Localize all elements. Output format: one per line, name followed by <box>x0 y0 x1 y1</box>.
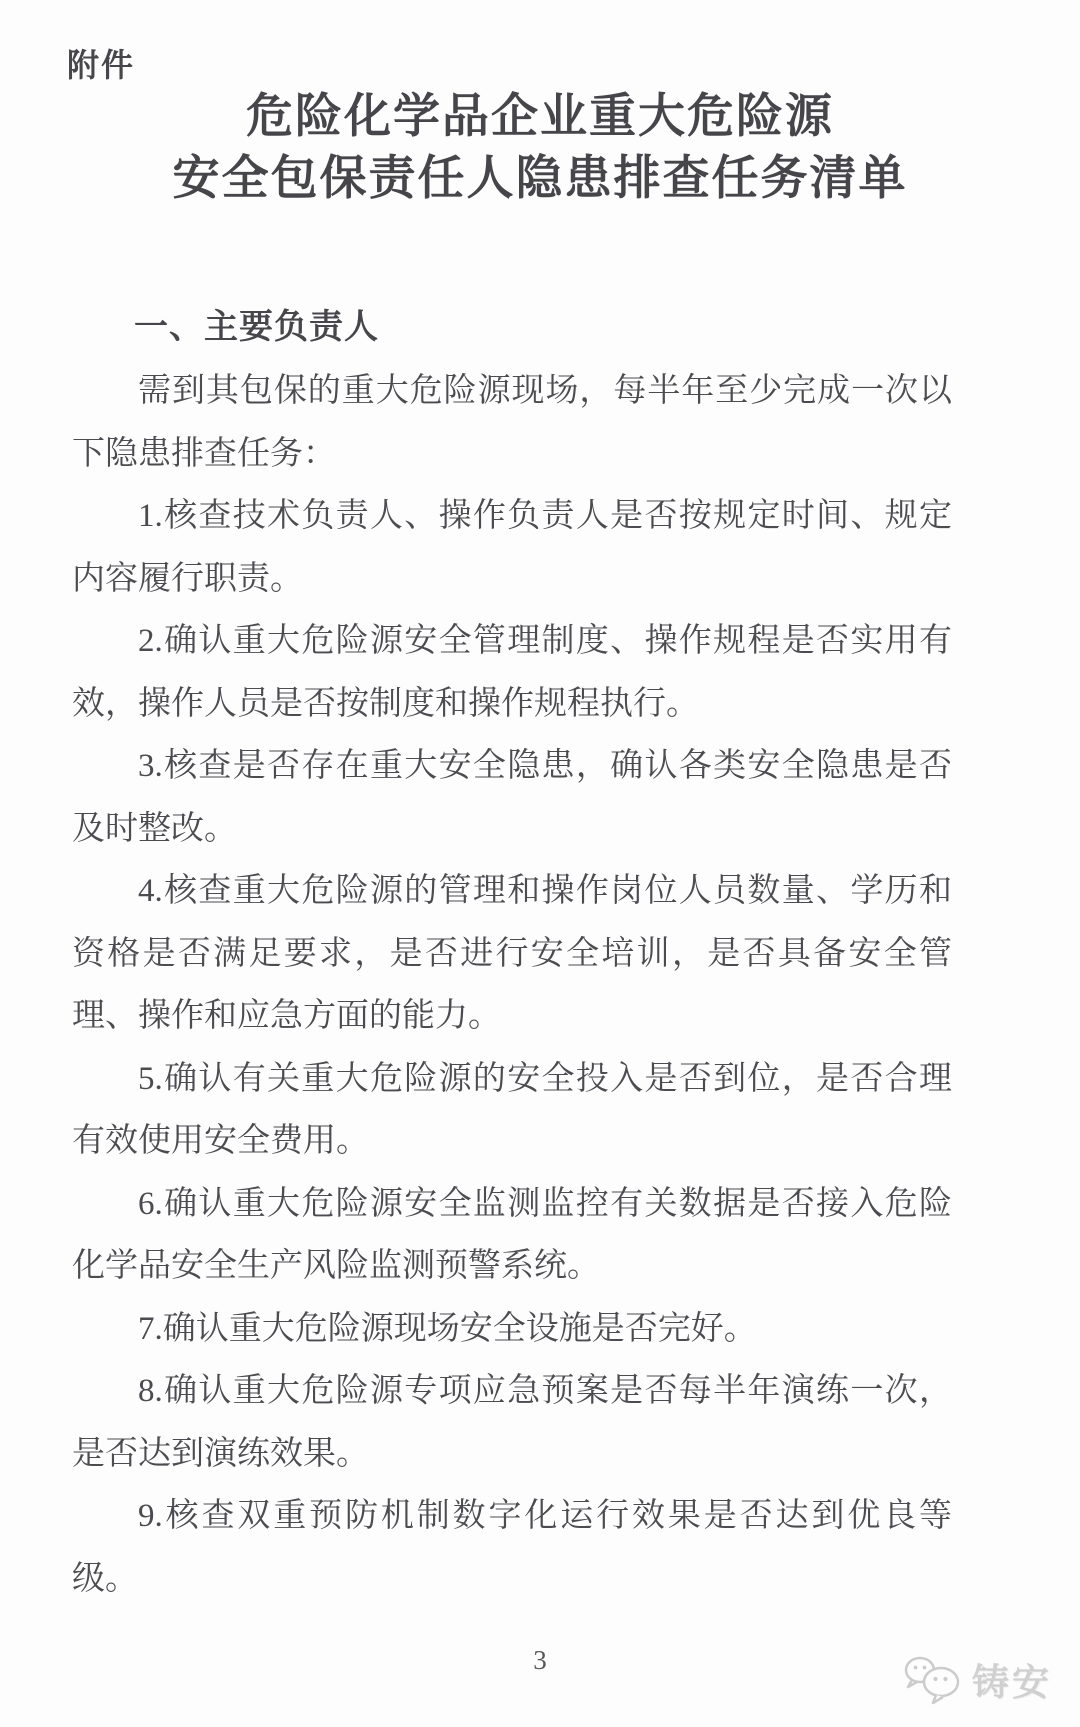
wechat-icon <box>902 1653 962 1705</box>
task-item-8: 8.确认重大危险源专项应急预案是否每半年演练一次，是否达到演练效果。 <box>72 1360 952 1485</box>
task-item-5: 5.确认有关重大危险源的安全投入是否到位，是否合理有效使用安全费用。 <box>72 1048 952 1173</box>
task-item-6: 6.确认重大危险源安全监测监控有关数据是否接入危险化学品安全生产风险监测预警系统… <box>72 1173 952 1298</box>
title-line-1: 危险化学品企业重大危险源 <box>0 86 1080 148</box>
task-item-9: 9.核查双重预防机制数字化运行效果是否达到优良等级。 <box>72 1485 952 1610</box>
task-item-3: 3.核查是否存在重大安全隐患，确认各类安全隐患是否及时整改。 <box>72 735 952 860</box>
section-heading: 一、主要负责人 <box>72 296 952 358</box>
watermark-label: 铸安 <box>972 1652 1052 1706</box>
document-title: 危险化学品企业重大危险源 安全包保责任人隐患排查任务清单 <box>0 86 1080 210</box>
task-item-2: 2.确认重大危险源安全管理制度、操作规程是否实用有效，操作人员是否按制度和操作规… <box>72 610 952 735</box>
watermark: 铸安 <box>902 1652 1052 1706</box>
task-item-1: 1.核查技术负责人、操作负责人是否按规定时间、规定内容履行职责。 <box>72 485 952 610</box>
task-item-7: 7.确认重大危险源现场安全设施是否完好。 <box>72 1298 952 1361</box>
intro-paragraph: 需到其包保的重大危险源现场，每半年至少完成一次以下隐患排查任务： <box>72 360 952 485</box>
task-item-4: 4.核查重大危险源的管理和操作岗位人员数量、学历和资格是否满足要求，是否进行安全… <box>72 860 952 1048</box>
attachment-label: 附件 <box>67 40 135 86</box>
document-page: 附件 危险化学品企业重大危险源 安全包保责任人隐患排查任务清单 一、主要负责人 … <box>0 0 1080 1727</box>
title-line-2: 安全包保责任人隐患排查任务清单 <box>0 148 1080 210</box>
document-body: 一、主要负责人 需到其包保的重大危险源现场，每半年至少完成一次以下隐患排查任务：… <box>72 296 952 1610</box>
